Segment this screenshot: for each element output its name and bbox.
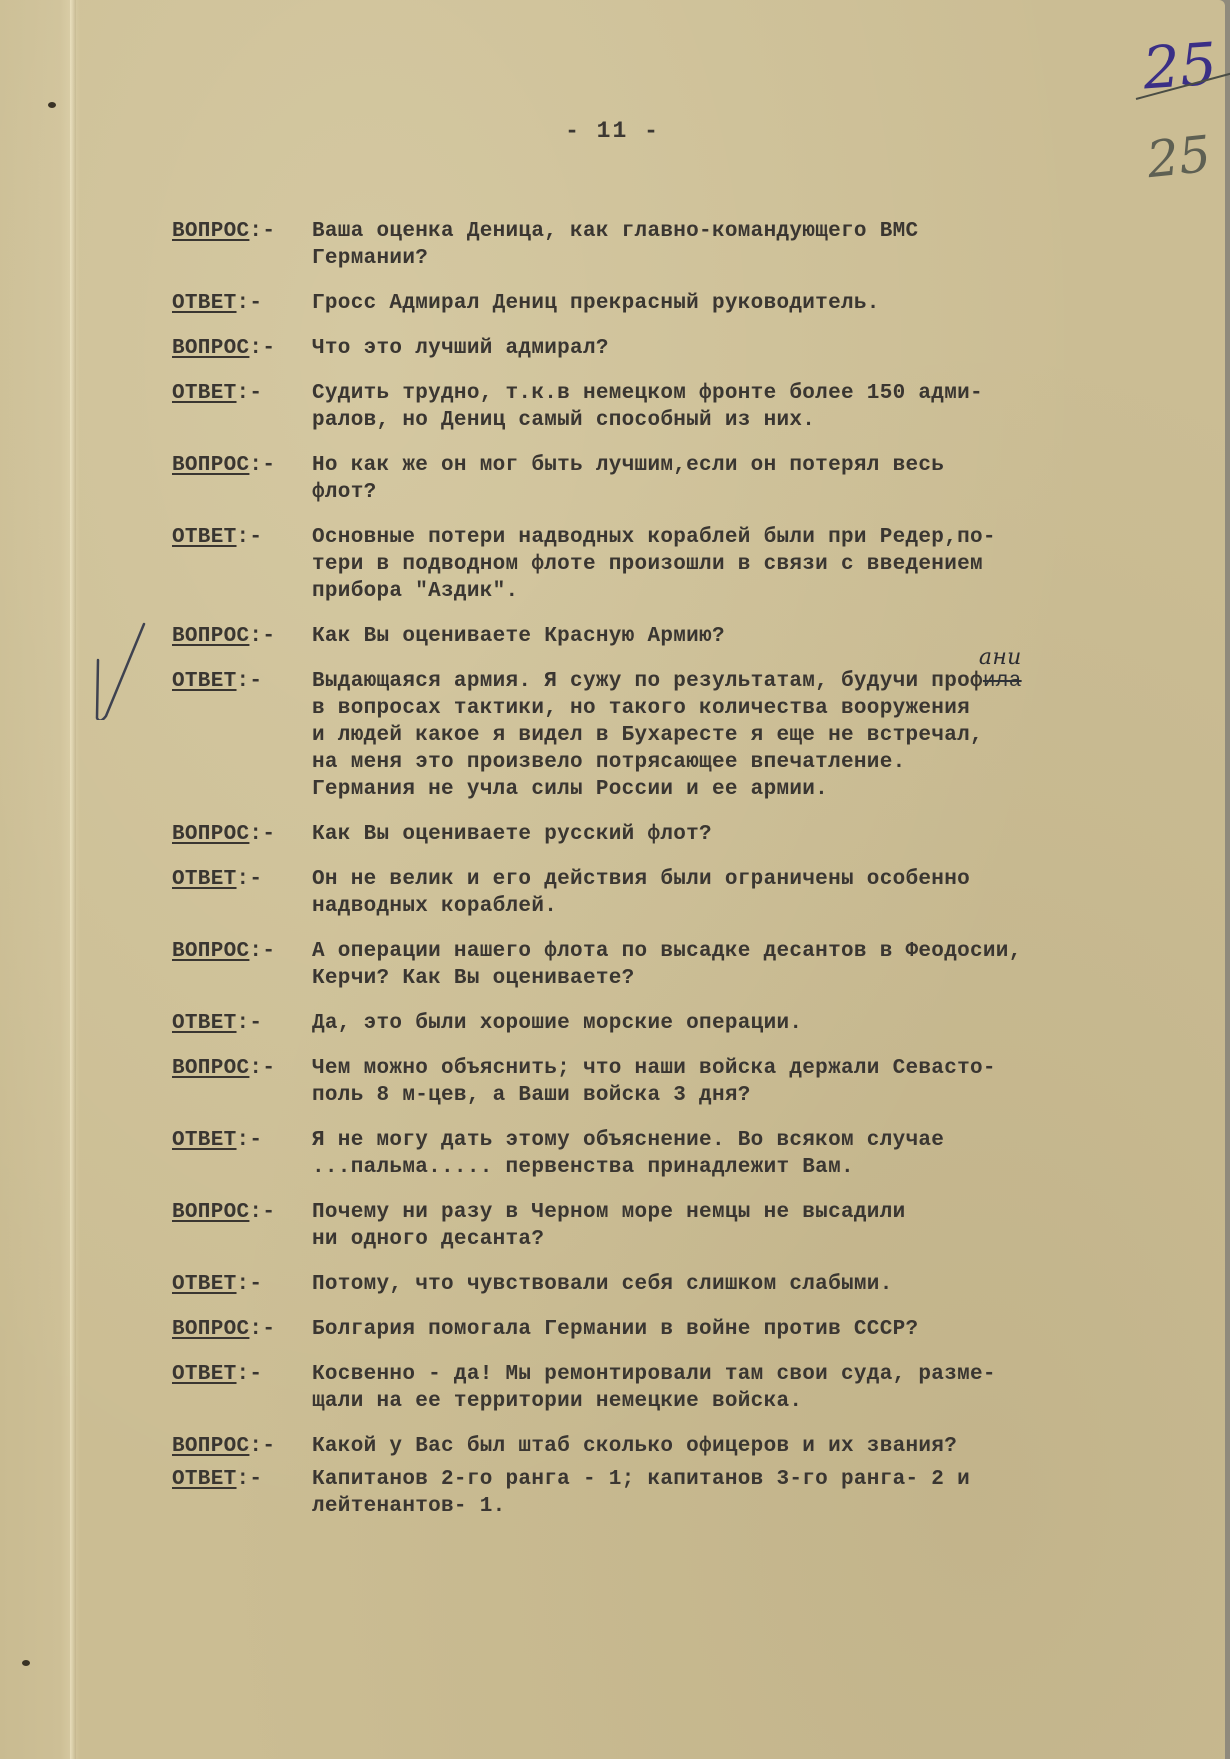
question-label-word: ВОПРОС <box>172 220 249 243</box>
question-label: ВОПРОС:- <box>172 1433 312 1460</box>
answer-label-suffix: :- <box>237 292 263 315</box>
answer-text: Он не велик и его действия были ограниче… <box>312 866 1192 920</box>
question-entry: ВОПРОС:-Чем можно объяснить; что наши во… <box>172 1055 1192 1109</box>
question-label-word: ВОПРОС <box>172 823 249 846</box>
question-label-word: ВОПРОС <box>172 337 249 360</box>
answer-label: ОТВЕТ:- <box>172 1127 312 1154</box>
answer-label: ОТВЕТ:- <box>172 290 312 317</box>
answer-entry: ОТВЕТ:-Выдающаяся армия. Я сужу по резул… <box>172 668 1192 803</box>
question-label-suffix: :- <box>249 625 275 648</box>
answer-label-word: ОТВЕТ <box>172 1468 237 1491</box>
question-label-word: ВОПРОС <box>172 454 249 477</box>
answer-entry: ОТВЕТ:-Да, это были хорошие морские опер… <box>172 1010 1192 1037</box>
paper-fold <box>70 0 76 1759</box>
question-text: А операции нашего флота по высадке десан… <box>312 938 1192 992</box>
answer-text: Капитанов 2-го ранга - 1; капитанов 3-го… <box>312 1466 1192 1520</box>
question-entry: ВОПРОС:-Что это лучший адмирал? <box>172 335 1192 362</box>
question-label-word: ВОПРОС <box>172 1318 249 1341</box>
answer-text-part: в вопросах тактики, но такого количества… <box>312 697 983 801</box>
sheet-number-ink: 25 <box>1141 30 1219 103</box>
question-label-word: ВОПРОС <box>172 1435 249 1458</box>
answer-label: ОТВЕТ:- <box>172 1466 312 1493</box>
question-entry: ВОПРОС:-Какой у Вас был штаб сколько офи… <box>172 1433 1192 1460</box>
punch-hole <box>22 1660 30 1666</box>
question-label-word: ВОПРОС <box>172 1201 249 1224</box>
answer-entry: ОТВЕТ:-Капитанов 2-го ранга - 1; капитан… <box>172 1466 1192 1520</box>
answer-label-suffix: :- <box>237 868 263 891</box>
question-label: ВОПРОС:- <box>172 821 312 848</box>
question-label: ВОПРОС:- <box>172 218 312 245</box>
answer-entry: ОТВЕТ:-Я не могу дать этому объяснение. … <box>172 1127 1192 1181</box>
question-label: ВОПРОС:- <box>172 623 312 650</box>
question-label-word: ВОПРОС <box>172 625 249 648</box>
question-text: Чем можно объяснить; что наши войска дер… <box>312 1055 1192 1109</box>
question-text: Ваша оценка Деница, как главно-командующ… <box>312 218 1192 272</box>
question-text: Болгария помогала Германии в войне проти… <box>312 1316 1192 1343</box>
question-text: Почему ни разу в Черном море немцы не вы… <box>312 1199 1192 1253</box>
answer-text: Потому, что чувствовали себя слишком сла… <box>312 1271 1192 1298</box>
answer-label: ОТВЕТ:- <box>172 668 312 695</box>
punch-hole <box>48 102 56 108</box>
question-text: Как Вы оцениваете Красную Армию? <box>312 623 1192 650</box>
answer-label-suffix: :- <box>237 1363 263 1386</box>
question-text: Как Вы оцениваете русский флот? <box>312 821 1192 848</box>
document-page: 25 25 - 11 - ВОПРОС:-Ваша оценка Деница,… <box>0 0 1225 1759</box>
question-entry: ВОПРОС:-Почему ни разу в Черном море нем… <box>172 1199 1192 1253</box>
answer-label-word: ОТВЕТ <box>172 1363 237 1386</box>
question-label: ВОПРОС:- <box>172 452 312 479</box>
question-entry: ВОПРОС:-Как Вы оцениваете русский флот? <box>172 821 1192 848</box>
answer-text: Косвенно - да! Мы ремонтировали там свои… <box>312 1361 1192 1415</box>
answer-label: ОТВЕТ:- <box>172 380 312 407</box>
answer-label: ОТВЕТ:- <box>172 1010 312 1037</box>
answer-text: Я не могу дать этому объяснение. Во всяк… <box>312 1127 1192 1181</box>
question-label-suffix: :- <box>249 454 275 477</box>
question-label-suffix: :- <box>249 1201 275 1224</box>
answer-label-suffix: :- <box>237 670 263 693</box>
answer-label: ОТВЕТ:- <box>172 1271 312 1298</box>
answer-label-suffix: :- <box>237 382 263 405</box>
question-label: ВОПРОС:- <box>172 1316 312 1343</box>
question-text: Что это лучший адмирал? <box>312 335 1192 362</box>
question-entry: ВОПРОС:-Но как же он мог быть лучшим,есл… <box>172 452 1192 506</box>
answer-entry: ОТВЕТ:-Основные потери надводных корабле… <box>172 524 1192 605</box>
question-text: Какой у Вас был штаб сколько офицеров и … <box>312 1433 1192 1460</box>
handwritten-text: ани <box>979 644 1022 671</box>
answer-text: Гросс Адмирал Дениц прекрасный руководит… <box>312 290 1192 317</box>
answer-label-word: ОТВЕТ <box>172 292 237 315</box>
checkmark-icon <box>92 620 152 720</box>
question-label-suffix: :- <box>249 337 275 360</box>
question-entry: ВОПРОС:-А операции нашего флота по высад… <box>172 938 1192 992</box>
question-label: ВОПРОС:- <box>172 335 312 362</box>
answer-label-word: ОТВЕТ <box>172 670 237 693</box>
page-number: - 11 - <box>0 118 1225 144</box>
question-label-suffix: :- <box>249 940 275 963</box>
answer-entry: ОТВЕТ:-Судить трудно, т.к.в немецком фро… <box>172 380 1192 434</box>
answer-label: ОТВЕТ:- <box>172 866 312 893</box>
question-text: Но как же он мог быть лучшим,если он пот… <box>312 452 1192 506</box>
question-label-word: ВОПРОС <box>172 940 249 963</box>
question-label: ВОПРОС:- <box>172 1055 312 1082</box>
answer-entry: ОТВЕТ:-Косвенно - да! Мы ремонтировали т… <box>172 1361 1192 1415</box>
question-label-suffix: :- <box>249 823 275 846</box>
question-entry: ВОПРОС:-Болгария помогала Германии в вой… <box>172 1316 1192 1343</box>
answer-label: ОТВЕТ:- <box>172 1361 312 1388</box>
question-label-suffix: :- <box>249 220 275 243</box>
answer-label-word: ОТВЕТ <box>172 868 237 891</box>
interrogation-transcript: ВОПРОС:-Ваша оценка Деница, как главно-к… <box>172 218 1192 1538</box>
question-label: ВОПРОС:- <box>172 938 312 965</box>
question-label: ВОПРОС:- <box>172 1199 312 1226</box>
answer-entry: ОТВЕТ:-Он не велик и его действия были о… <box>172 866 1192 920</box>
answer-label-suffix: :- <box>237 1273 263 1296</box>
answer-label-suffix: :- <box>237 526 263 549</box>
answer-label: ОТВЕТ:- <box>172 524 312 551</box>
struck-text: ила <box>983 670 1022 693</box>
answer-label-word: ОТВЕТ <box>172 382 237 405</box>
answer-label-word: ОТВЕТ <box>172 1273 237 1296</box>
answer-entry: ОТВЕТ:-Потому, что чувствовали себя слиш… <box>172 1271 1192 1298</box>
answer-text: Судить трудно, т.к.в немецком фронте бол… <box>312 380 1192 434</box>
answer-label-word: ОТВЕТ <box>172 1129 237 1152</box>
answer-label-suffix: :- <box>237 1129 263 1152</box>
answer-text: Выдающаяся армия. Я сужу по результатам,… <box>312 668 1192 803</box>
qa-list: ВОПРОС:-Ваша оценка Деница, как главно-к… <box>172 218 1192 1520</box>
question-label-suffix: :- <box>249 1318 275 1341</box>
question-label-suffix: :- <box>249 1435 275 1458</box>
answer-label-word: ОТВЕТ <box>172 526 237 549</box>
question-entry: ВОПРОС:-Ваша оценка Деница, как главно-к… <box>172 218 1192 272</box>
answer-text: Да, это были хорошие морские операции. <box>312 1010 1192 1037</box>
question-entry: ВОПРОС:-Как Вы оцениваете Красную Армию? <box>172 623 1192 650</box>
question-label-word: ВОПРОС <box>172 1057 249 1080</box>
answer-entry: ОТВЕТ:-Гросс Адмирал Дениц прекрасный ру… <box>172 290 1192 317</box>
answer-text-part: Выдающаяся армия. Я сужу по результатам,… <box>312 670 983 693</box>
question-label-suffix: :- <box>249 1057 275 1080</box>
answer-label-word: ОТВЕТ <box>172 1012 237 1035</box>
answer-label-suffix: :- <box>237 1468 263 1491</box>
answer-text: Основные потери надводных кораблей были … <box>312 524 1192 605</box>
handwritten-correction: илаани <box>983 670 1022 693</box>
answer-label-suffix: :- <box>237 1012 263 1035</box>
